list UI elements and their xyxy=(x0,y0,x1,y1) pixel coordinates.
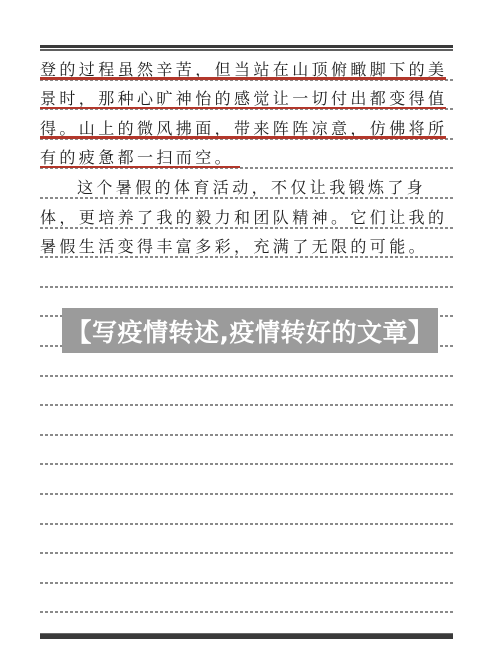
handwritten-text-line: 这个暑假的体育活动，不仅让我锻炼了身 xyxy=(40,180,453,196)
handwritten-text-line: 登的过程虽然辛苦，但当站在山顶俯瞰脚下的美 xyxy=(40,62,453,78)
title-banner: 【写疫情转述,疫情转好的文章】 xyxy=(62,308,438,353)
ruled-row xyxy=(40,258,453,288)
ruled-row xyxy=(40,495,453,525)
notebook-page: 登的过程虽然辛苦，但当站在山顶俯瞰脚下的美景时，那种心旷神怡的感觉让一切付出都变… xyxy=(0,0,500,668)
bottom-border-line xyxy=(40,633,453,639)
handwritten-text-line: 体，更培养了我的毅力和团队精神。它们让我的 xyxy=(40,210,453,226)
ruled-row xyxy=(40,525,453,555)
ruled-row: 体，更培养了我的毅力和团队精神。它们让我的 xyxy=(40,199,453,229)
ruled-row xyxy=(40,377,453,407)
ruled-row xyxy=(40,406,453,436)
red-underline-mark xyxy=(40,136,446,139)
ruled-row: 得。山上的微风拂面，带来阵阵凉意，仿佛将所 xyxy=(40,110,453,140)
handwritten-text-line: 暑假生活变得丰富多彩，充满了无限的可能。 xyxy=(40,239,453,255)
red-underline-mark xyxy=(40,166,240,169)
ruled-row xyxy=(40,436,453,466)
ruled-row: 景时，那种心旷神怡的感觉让一切付出都变得值 xyxy=(40,81,453,111)
ruled-row: 暑假生活变得丰富多彩，充满了无限的可能。 xyxy=(40,229,453,259)
red-underline-mark xyxy=(40,107,446,110)
handwritten-text-line: 得。山上的微风拂面，带来阵阵凉意，仿佛将所 xyxy=(40,121,453,137)
ruled-row: 登的过程虽然辛苦，但当站在山顶俯瞰脚下的美 xyxy=(40,51,453,81)
red-underline-mark xyxy=(40,77,446,80)
handwritten-text-line: 有的疲惫都一扫而空。 xyxy=(40,150,453,166)
ruled-row xyxy=(40,554,453,584)
ruled-row xyxy=(40,465,453,495)
ruled-row xyxy=(40,584,453,614)
ruled-row: 有的疲惫都一扫而空。 xyxy=(40,140,453,170)
handwritten-text-line: 景时，那种心旷神怡的感觉让一切付出都变得值 xyxy=(40,91,453,107)
title-banner-text: 【写疫情转述,疫情转好的文章】 xyxy=(67,313,434,349)
ruled-row: 这个暑假的体育活动，不仅让我锻炼了身 xyxy=(40,169,453,199)
